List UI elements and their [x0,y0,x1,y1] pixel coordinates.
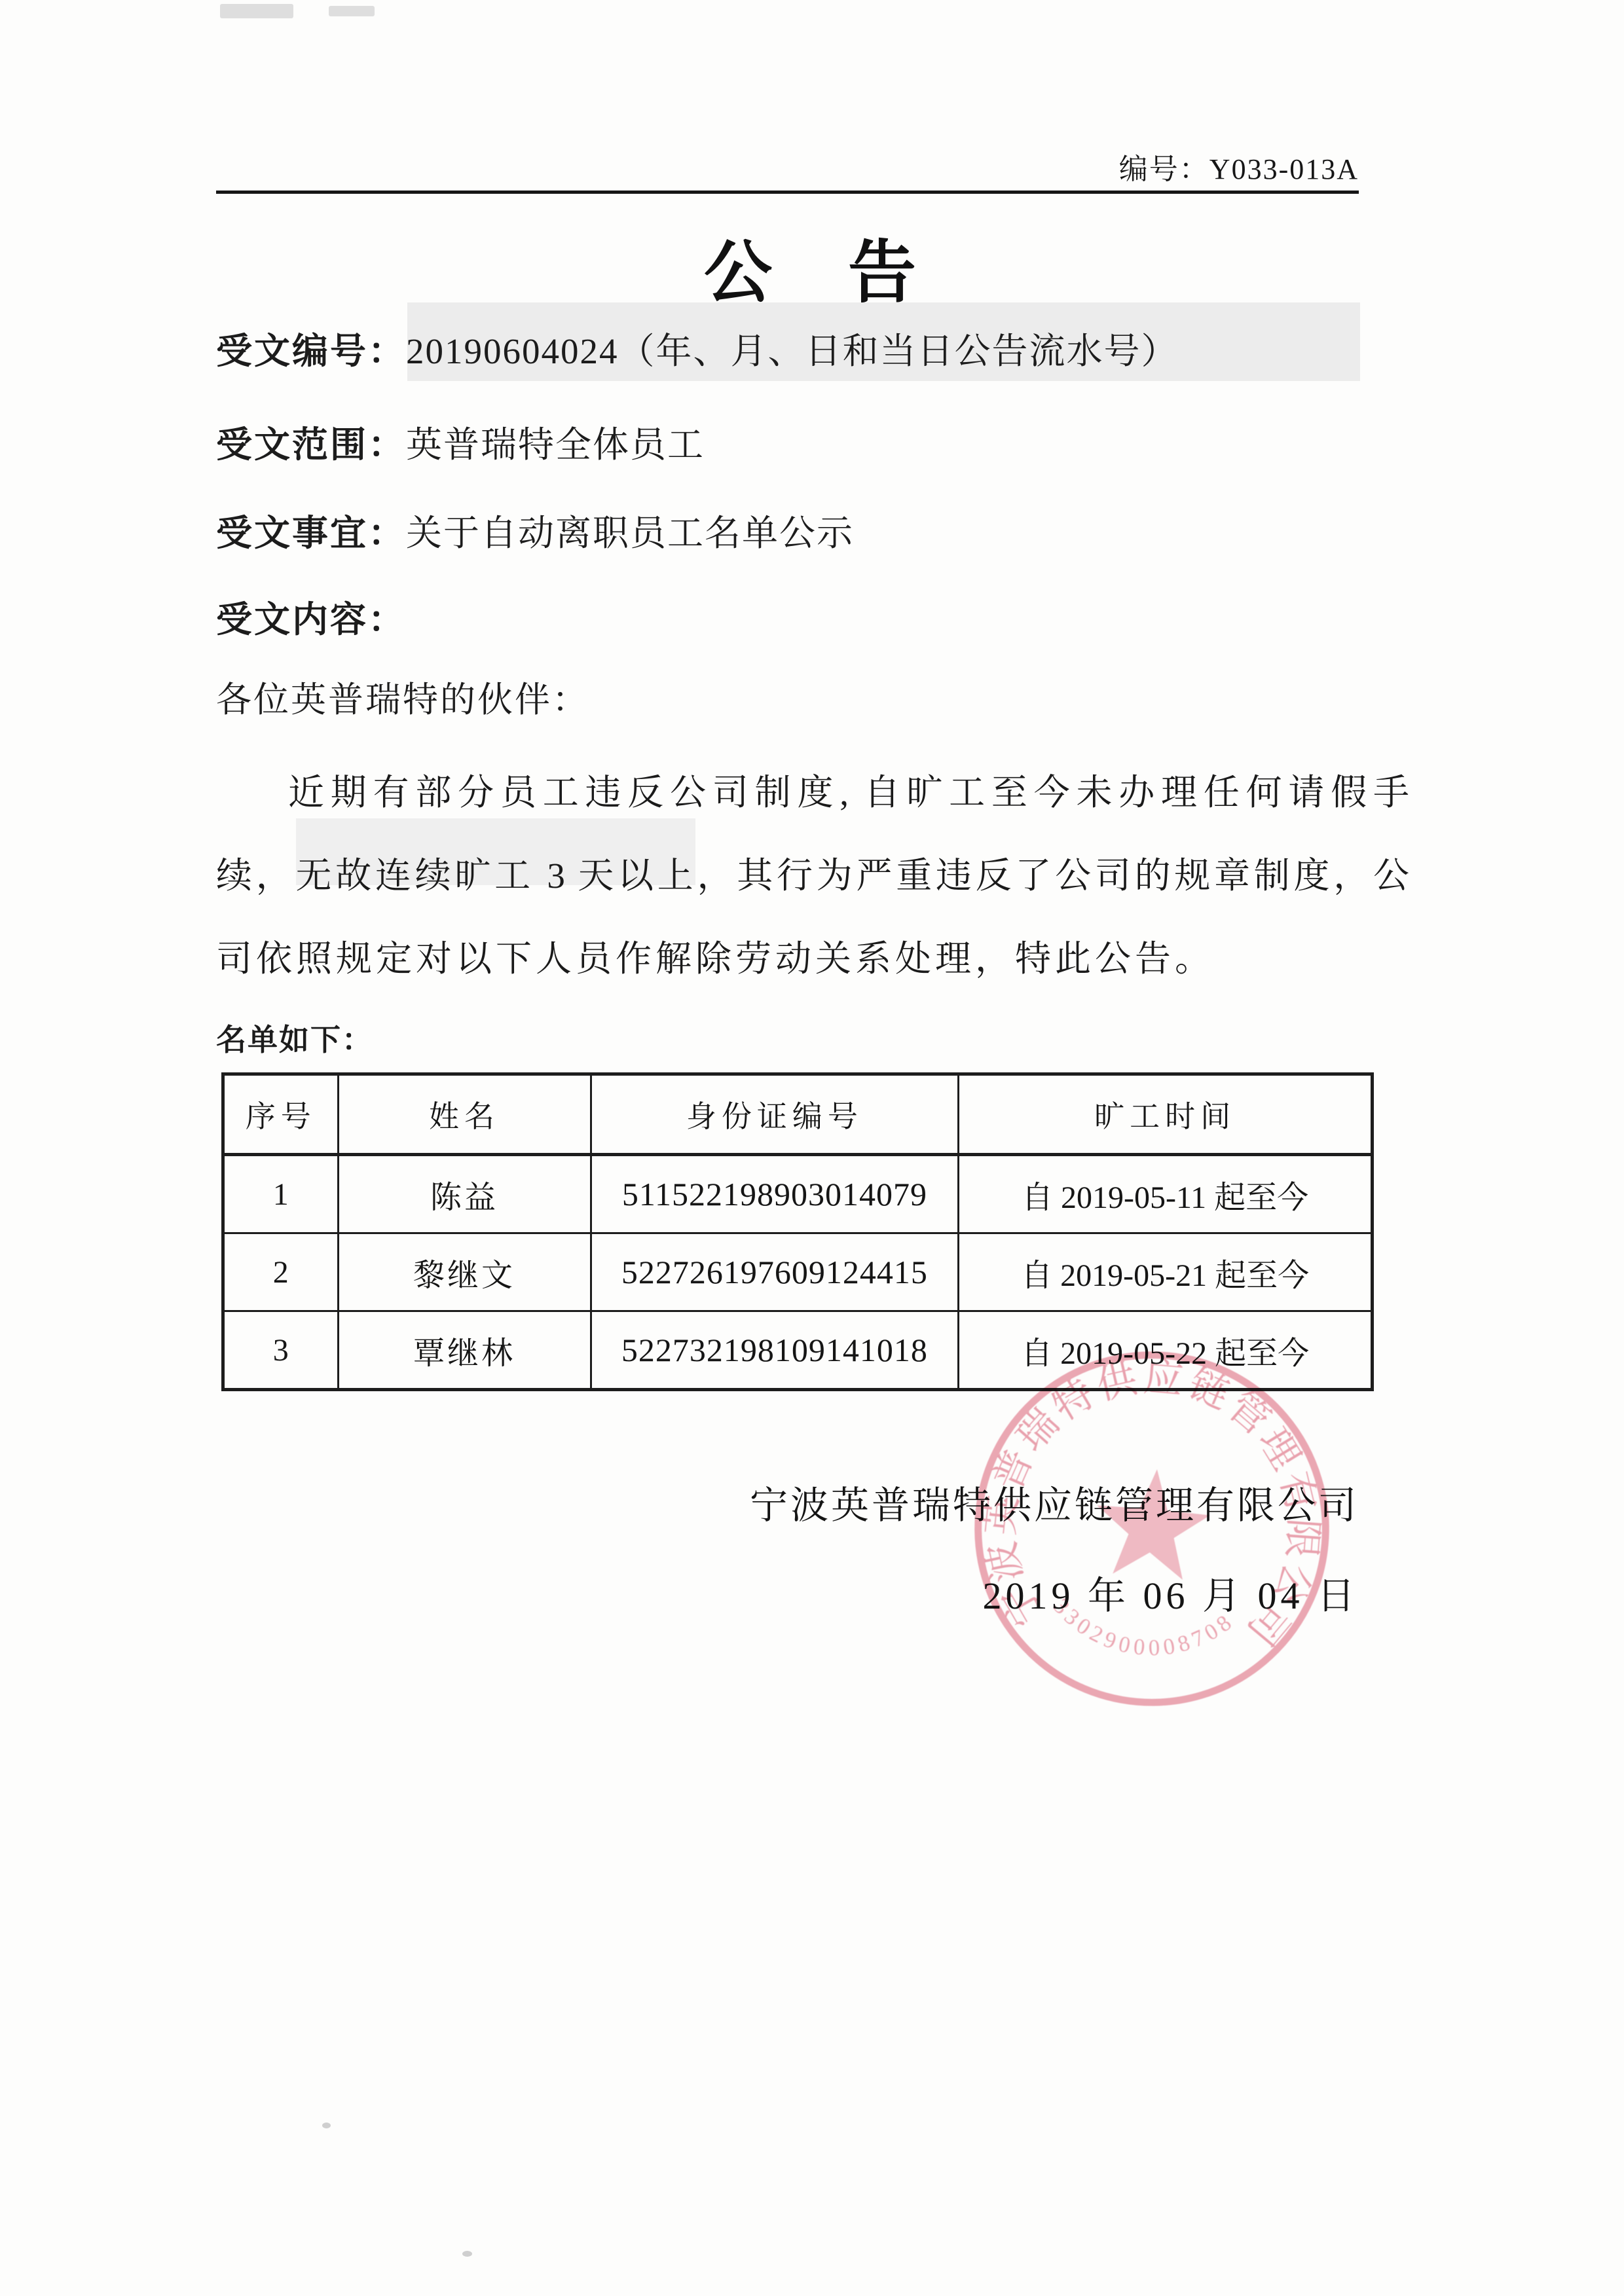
field-subject: 受文事宜：关于自动离职员工名单公示 [216,504,1408,556]
scan-artifact [322,2123,331,2128]
cell-absence: 自 2019-05-11 起至今 [959,1155,1373,1233]
cell-id: 522726197609124415 [591,1233,959,1311]
svg-text:3302900008708: 3302900008708 [1044,1592,1241,1668]
cell-id: 511522198903014079 [591,1155,959,1233]
field-label: 受文范围： [216,425,406,465]
cell-id: 522732198109141018 [591,1311,959,1390]
cell-absence: 自 2019-05-21 起至今 [959,1233,1373,1311]
field-doc-number: 受文编号：20190604024（年、月、日和当日公告流水号） [216,322,1408,374]
cell-name: 覃继林 [338,1311,591,1390]
doc-ref-number: 编号：Y033-013A [216,145,1359,187]
table-row: 1 陈益 511522198903014079 自 2019-05-11 起至今 [223,1155,1373,1233]
field-content: 受文内容： [216,591,1408,642]
table-header-row: 序号 姓名 身份证编号 旷工时间 [223,1074,1373,1155]
field-value: 关于自动离职员工名单公示 [406,513,854,553]
header-divider-line [216,191,1359,194]
salutation: 各位英普瑞特的伙伴： [216,672,1408,722]
scan-artifact [462,2251,472,2257]
paragraph-line: 近期有部分员工违反公司制度, 自旷工至今未办理任何请假手 [216,763,1409,815]
seal-number: 3302900008708 [1044,1592,1241,1668]
cell-index: 3 [223,1311,339,1390]
list-intro: 名单如下： [216,1016,740,1059]
paragraph-line: 司依照规定对以下人员作解除劳动关系处理，特此公告。 [216,930,1409,981]
field-value: 20190604024（年、月、日和当日公告流水号） [406,331,1179,371]
field-scope: 受文范围：英普瑞特全体员工 [216,416,1408,467]
scan-artifact [329,6,375,16]
cell-name: 黎继文 [338,1233,591,1311]
paragraph-line: 续，无故连续旷工 3 天以上，其行为严重违反了公司的规章制度，公 [216,847,1409,898]
field-label: 受文内容： [216,600,406,640]
table-row: 2 黎继文 522726197609124415 自 2019-05-21 起至… [223,1233,1373,1311]
scan-artifact [220,4,293,18]
cell-name: 陈益 [338,1155,591,1233]
field-value: 英普瑞特全体员工 [406,425,705,465]
announcement-document-page: 编号：Y033-013A 公 告 受文编号：20190604024（年、月、日和… [0,0,1624,2296]
field-label: 受文事宜： [216,513,406,553]
cell-index: 2 [223,1233,339,1311]
doc-title: 公 告 [216,217,1408,316]
cell-index: 1 [223,1155,339,1233]
col-header-index: 序号 [223,1074,339,1155]
col-header-id: 身份证编号 [591,1074,959,1155]
col-header-name: 姓名 [338,1074,591,1155]
col-header-absence: 旷工时间 [959,1074,1373,1155]
field-label: 受文编号： [216,331,406,371]
seal-star-icon [1091,1465,1213,1582]
company-seal-stamp: 宁波英普瑞特供应链管理有限公司 3302900008708 [941,1318,1363,1740]
